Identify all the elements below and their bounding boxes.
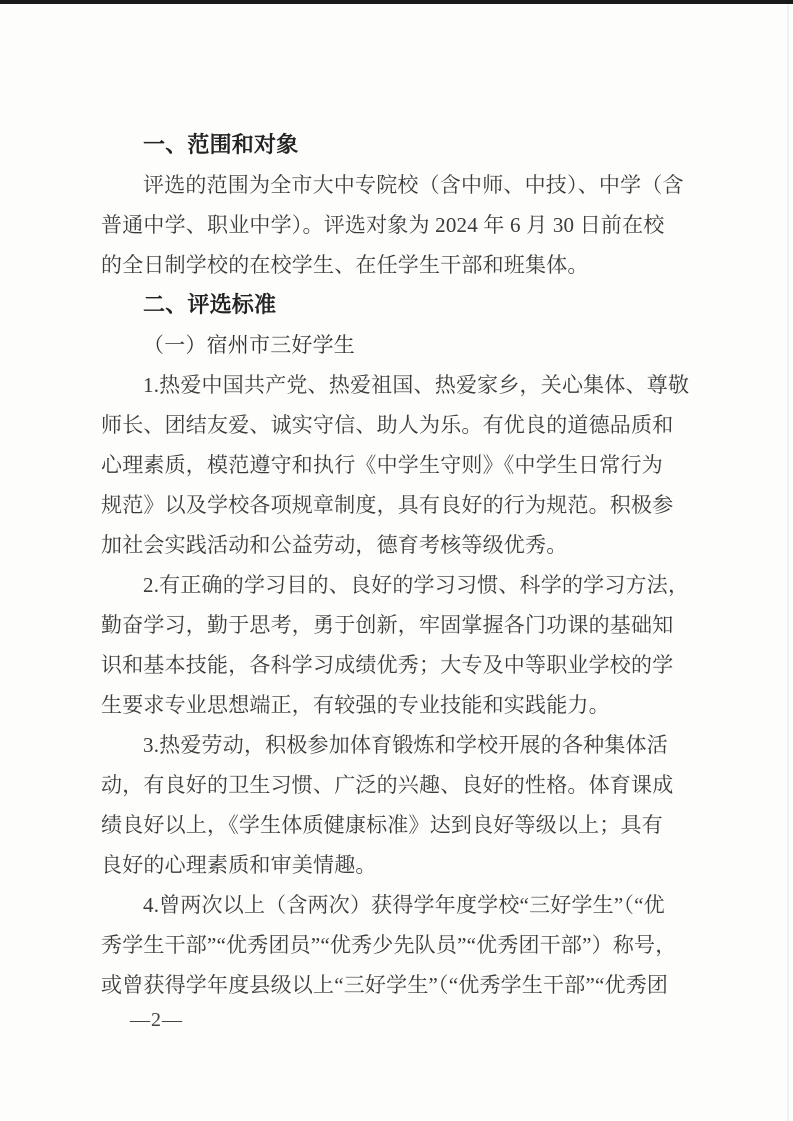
- criteria-item-3-line-2: 动，有良好的卫生习惯、广泛的兴趣、良好的性格。体育课成: [101, 765, 701, 805]
- criteria-item-4-line-3: 或曾获得学年度县级以上“三好学生”（“优秀学生干部”“优秀团: [101, 965, 701, 1005]
- page-number: —2—: [130, 1003, 183, 1037]
- section-heading-criteria: 二、评选标准: [101, 285, 701, 325]
- criteria-item-2-line-3: 识和基本技能，各科学习成绩优秀；大专及中等职业学校的学: [101, 645, 701, 685]
- section-heading-scope: 一、范围和对象: [101, 125, 701, 165]
- criteria-item-1-line-2: 师长、团结友爱、诚实守信、助人为乐。有优良的道德品质和: [101, 405, 701, 445]
- subsection-heading-sanhao: （一）宿州市三好学生: [101, 325, 701, 365]
- criteria-item-4-line-2: 秀学生干部”“优秀团员”“优秀少先队员”“优秀团干部”）称号，: [101, 925, 701, 965]
- document-page: 一、范围和对象 评选的范围为全市大中专院校（含中师、中技）、中学（含 普通中学、…: [0, 0, 793, 1121]
- criteria-item-3-line-3: 绩良好以上，《学生体质健康标准》达到良好等级以上；具有: [101, 805, 701, 845]
- scan-edge-artifact: [787, 0, 789, 1121]
- criteria-item-1-line-5: 加社会实践活动和公益劳动，德育考核等级优秀。: [101, 525, 701, 565]
- criteria-item-1-line-3: 心理素质，模范遵守和执行《中学生守则》《中学生日常行为: [101, 445, 701, 485]
- paragraph-scope-line-3: 的全日制学校的在校学生、在任学生干部和班集体。: [101, 245, 701, 285]
- criteria-item-4-line-1: 4.曾两次以上（含两次）获得学年度学校“三好学生”（“优: [101, 885, 701, 925]
- document-body: 一、范围和对象 评选的范围为全市大中专院校（含中师、中技）、中学（含 普通中学、…: [101, 125, 701, 1005]
- criteria-item-1-line-1: 1.热爱中国共产党、热爱祖国、热爱家乡，关心集体、尊敬: [101, 365, 701, 405]
- paragraph-scope-line-1: 评选的范围为全市大中专院校（含中师、中技）、中学（含: [101, 165, 701, 205]
- criteria-item-3-line-4: 良好的心理素质和审美情趣。: [101, 845, 701, 885]
- top-rule-line: [0, 0, 793, 4]
- criteria-item-2-line-1: 2.有正确的学习目的、良好的学习习惯、科学的学习方法，: [101, 565, 701, 605]
- criteria-item-2-line-2: 勤奋学习，勤于思考，勇于创新，牢固掌握各门功课的基础知: [101, 605, 701, 645]
- paragraph-scope-line-2: 普通中学、职业中学）。评选对象为 2024 年 6 月 30 日前在校: [101, 205, 701, 245]
- criteria-item-3-line-1: 3.热爱劳动，积极参加体育锻炼和学校开展的各种集体活: [101, 725, 701, 765]
- criteria-item-1-line-4: 规范》以及学校各项规章制度，具有良好的行为规范。积极参: [101, 485, 701, 525]
- criteria-item-2-line-4: 生要求专业思想端正，有较强的专业技能和实践能力。: [101, 685, 701, 725]
